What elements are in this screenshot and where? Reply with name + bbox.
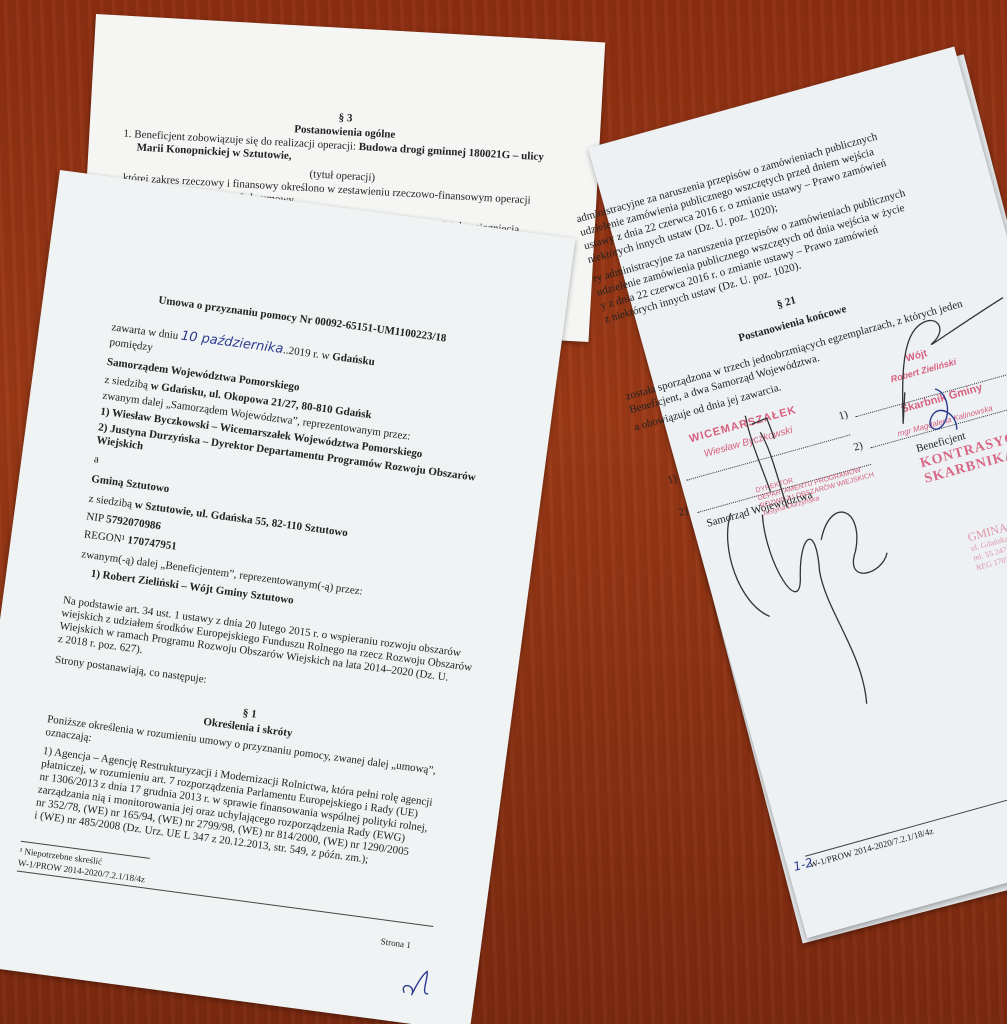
and-label: a: [93, 453, 100, 467]
sig-number-2-right: 2): [852, 440, 864, 455]
right-page-section-21: administracyjne za naruszenia przepisów …: [588, 46, 1007, 938]
footer-page: Strona 1: [380, 935, 412, 952]
sig-number-1-left: 1): [666, 473, 678, 488]
footer-code: W-1/PROW 2014-2020/7.2.1/18/4z: [808, 825, 935, 872]
sig-number-1-right: 1): [837, 408, 849, 423]
sig-number-2-left: 2): [677, 505, 689, 520]
parties-agree: Strony postanawiają, co następuje:: [54, 654, 207, 687]
stamp-dyrektor: DYREKTOR DEPARTAMENTU PROGRAMÓW ROZWOJU …: [755, 456, 877, 518]
gmina-address-stamp: GMINA SZTUTOWO ul. Gdańska 55, 82-110 Sz…: [966, 499, 1007, 573]
handwritten-date: 10 października: [180, 329, 284, 358]
party2-name: Gminą Sztutowo: [91, 473, 171, 496]
initials-signature: [393, 962, 438, 1007]
footer-rule: [17, 870, 433, 927]
front-page-agreement: Umowa o przyznaniu pomocy Nr 00092-65151…: [0, 170, 575, 1024]
